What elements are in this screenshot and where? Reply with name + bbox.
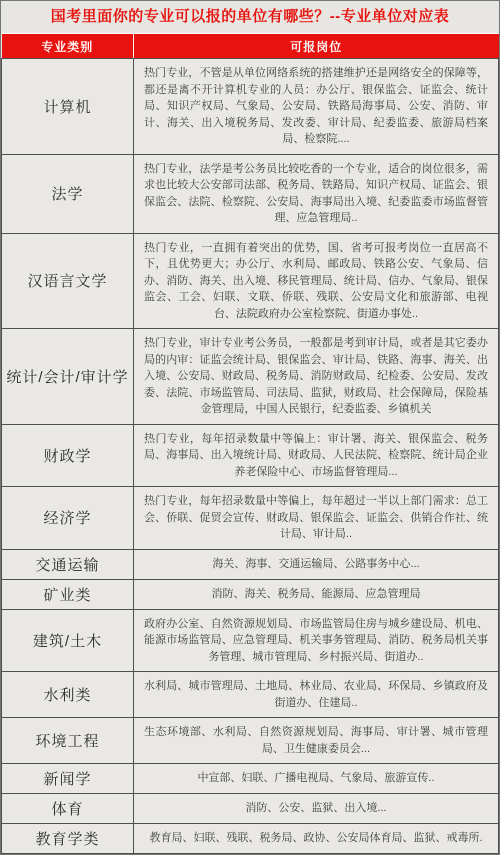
table-row: 汉语言文学 热门专业，一直拥有着突出的优势，国、省考可报考岗位一直居高不下，且优… bbox=[2, 233, 499, 329]
column-header-available-positions: 可报岗位 bbox=[134, 34, 499, 59]
available-positions-cell: 热门专业，每年招录数量中等偏上：审计署、海关、银保监会、税务局、海事局、出入境统… bbox=[134, 424, 499, 487]
header-row: 专业类别 可报岗位 bbox=[2, 34, 499, 59]
table-row: 计算机 热门专业，不管是从单位网络系统的搭建维护还是网络安全的保障等，都还是离不… bbox=[2, 59, 499, 155]
table-row: 法学 热门专业，法学是考公务员比较吃香的一个专业，适合的岗位很多，需求也比较大公… bbox=[2, 154, 499, 233]
column-header-major-category: 专业类别 bbox=[2, 34, 134, 59]
available-positions-cell: 热门专业，一直拥有着突出的优势，国、省考可报考岗位一直居高不下，且优势更大；办公… bbox=[134, 233, 499, 329]
major-category-cell: 财政学 bbox=[2, 424, 134, 487]
major-category-cell: 环境工程 bbox=[2, 718, 134, 764]
table-row: 交通运输 海关、海事、交通运输局、公路事务中心... bbox=[2, 549, 499, 579]
available-positions-cell: 生态环境部、水利局、自然资源规划局、海事局、审计署、城市管理局、卫生健康委员会.… bbox=[134, 718, 499, 764]
major-category-cell: 经济学 bbox=[2, 487, 134, 550]
table-row: 体育 消防、公安、监狱、出入境... bbox=[2, 794, 499, 824]
major-unit-correspondence-page: 国考里面你的专业可以报的单位有哪些？--专业单位对应表 专业类别 可报岗位 计算… bbox=[0, 0, 500, 855]
available-positions-cell: 消防、公安、监狱、出入境... bbox=[134, 794, 499, 824]
majors-table: 专业类别 可报岗位 计算机 热门专业，不管是从单位网络系统的搭建维护还是网络安全… bbox=[1, 34, 499, 854]
major-category-cell: 新闻学 bbox=[2, 764, 134, 794]
major-category-cell: 矿业类 bbox=[2, 579, 134, 609]
available-positions-cell: 政府办公室、自然资源规划局、市场监管局住房与城乡建设局、机电、能源市场监管局、应… bbox=[134, 609, 499, 672]
major-category-cell: 汉语言文学 bbox=[2, 233, 134, 329]
available-positions-cell: 水利局、城市管理局、土地局、林业局、农业局、环保局、乡镇政府及街道办、住建局.. bbox=[134, 672, 499, 718]
available-positions-cell: 中宣部、妇联、广播电视局、气象局、旅游宣传.. bbox=[134, 764, 499, 794]
table-row: 统计/会计/审计学 热门专业，审计专业考公务员，一般都是考到审计局，或者是其它委… bbox=[2, 329, 499, 425]
table-row: 财政学 热门专业，每年招录数量中等偏上：审计署、海关、银保监会、税务局、海事局、… bbox=[2, 424, 499, 487]
available-positions-cell: 热门专业，不管是从单位网络系统的搭建维护还是网络安全的保障等，都还是离不开计算机… bbox=[134, 59, 499, 155]
major-category-cell: 教育学类 bbox=[2, 824, 134, 854]
table-row: 环境工程 生态环境部、水利局、自然资源规划局、海事局、审计署、城市管理局、卫生健… bbox=[2, 718, 499, 764]
major-category-cell: 水利类 bbox=[2, 672, 134, 718]
available-positions-cell: 热门专业，审计专业考公务员，一般都是考到审计局，或者是其它委办局的内审：证监会统… bbox=[134, 329, 499, 425]
available-positions-cell: 教育局、妇联、残联、税务局、政协、公安局体育局、监狱、戒毒所. bbox=[134, 824, 499, 854]
table-row: 教育学类 教育局、妇联、残联、税务局、政协、公安局体育局、监狱、戒毒所. bbox=[2, 824, 499, 854]
major-category-cell: 建筑/土木 bbox=[2, 609, 134, 672]
table-row: 经济学 热门专业，每年招录数量中等偏上，每年超过一半以上部门需求：总工会、侨联、… bbox=[2, 487, 499, 550]
major-category-cell: 法学 bbox=[2, 154, 134, 233]
major-category-cell: 统计/会计/审计学 bbox=[2, 329, 134, 425]
table-row: 水利类 水利局、城市管理局、土地局、林业局、农业局、环保局、乡镇政府及街道办、住… bbox=[2, 672, 499, 718]
available-positions-cell: 热门专业，法学是考公务员比较吃香的一个专业，适合的岗位很多，需求也比较大公安部司… bbox=[134, 154, 499, 233]
available-positions-cell: 消防、海关、税务局、能源局、应急管理局 bbox=[134, 579, 499, 609]
table-row: 新闻学 中宣部、妇联、广播电视局、气象局、旅游宣传.. bbox=[2, 764, 499, 794]
major-category-cell: 交通运输 bbox=[2, 549, 134, 579]
table-row: 矿业类 消防、海关、税务局、能源局、应急管理局 bbox=[2, 579, 499, 609]
major-category-cell: 计算机 bbox=[2, 59, 134, 155]
table-body: 计算机 热门专业，不管是从单位网络系统的搭建维护还是网络安全的保障等，都还是离不… bbox=[2, 59, 499, 854]
table-row: 建筑/土木 政府办公室、自然资源规划局、市场监管局住房与城乡建设局、机电、能源市… bbox=[2, 609, 499, 672]
available-positions-cell: 海关、海事、交通运输局、公路事务中心... bbox=[134, 549, 499, 579]
major-category-cell: 体育 bbox=[2, 794, 134, 824]
available-positions-cell: 热门专业，每年招录数量中等偏上，每年超过一半以上部门需求：总工会、侨联、促贸会宣… bbox=[134, 487, 499, 550]
page-title: 国考里面你的专业可以报的单位有哪些？--专业单位对应表 bbox=[1, 1, 499, 34]
